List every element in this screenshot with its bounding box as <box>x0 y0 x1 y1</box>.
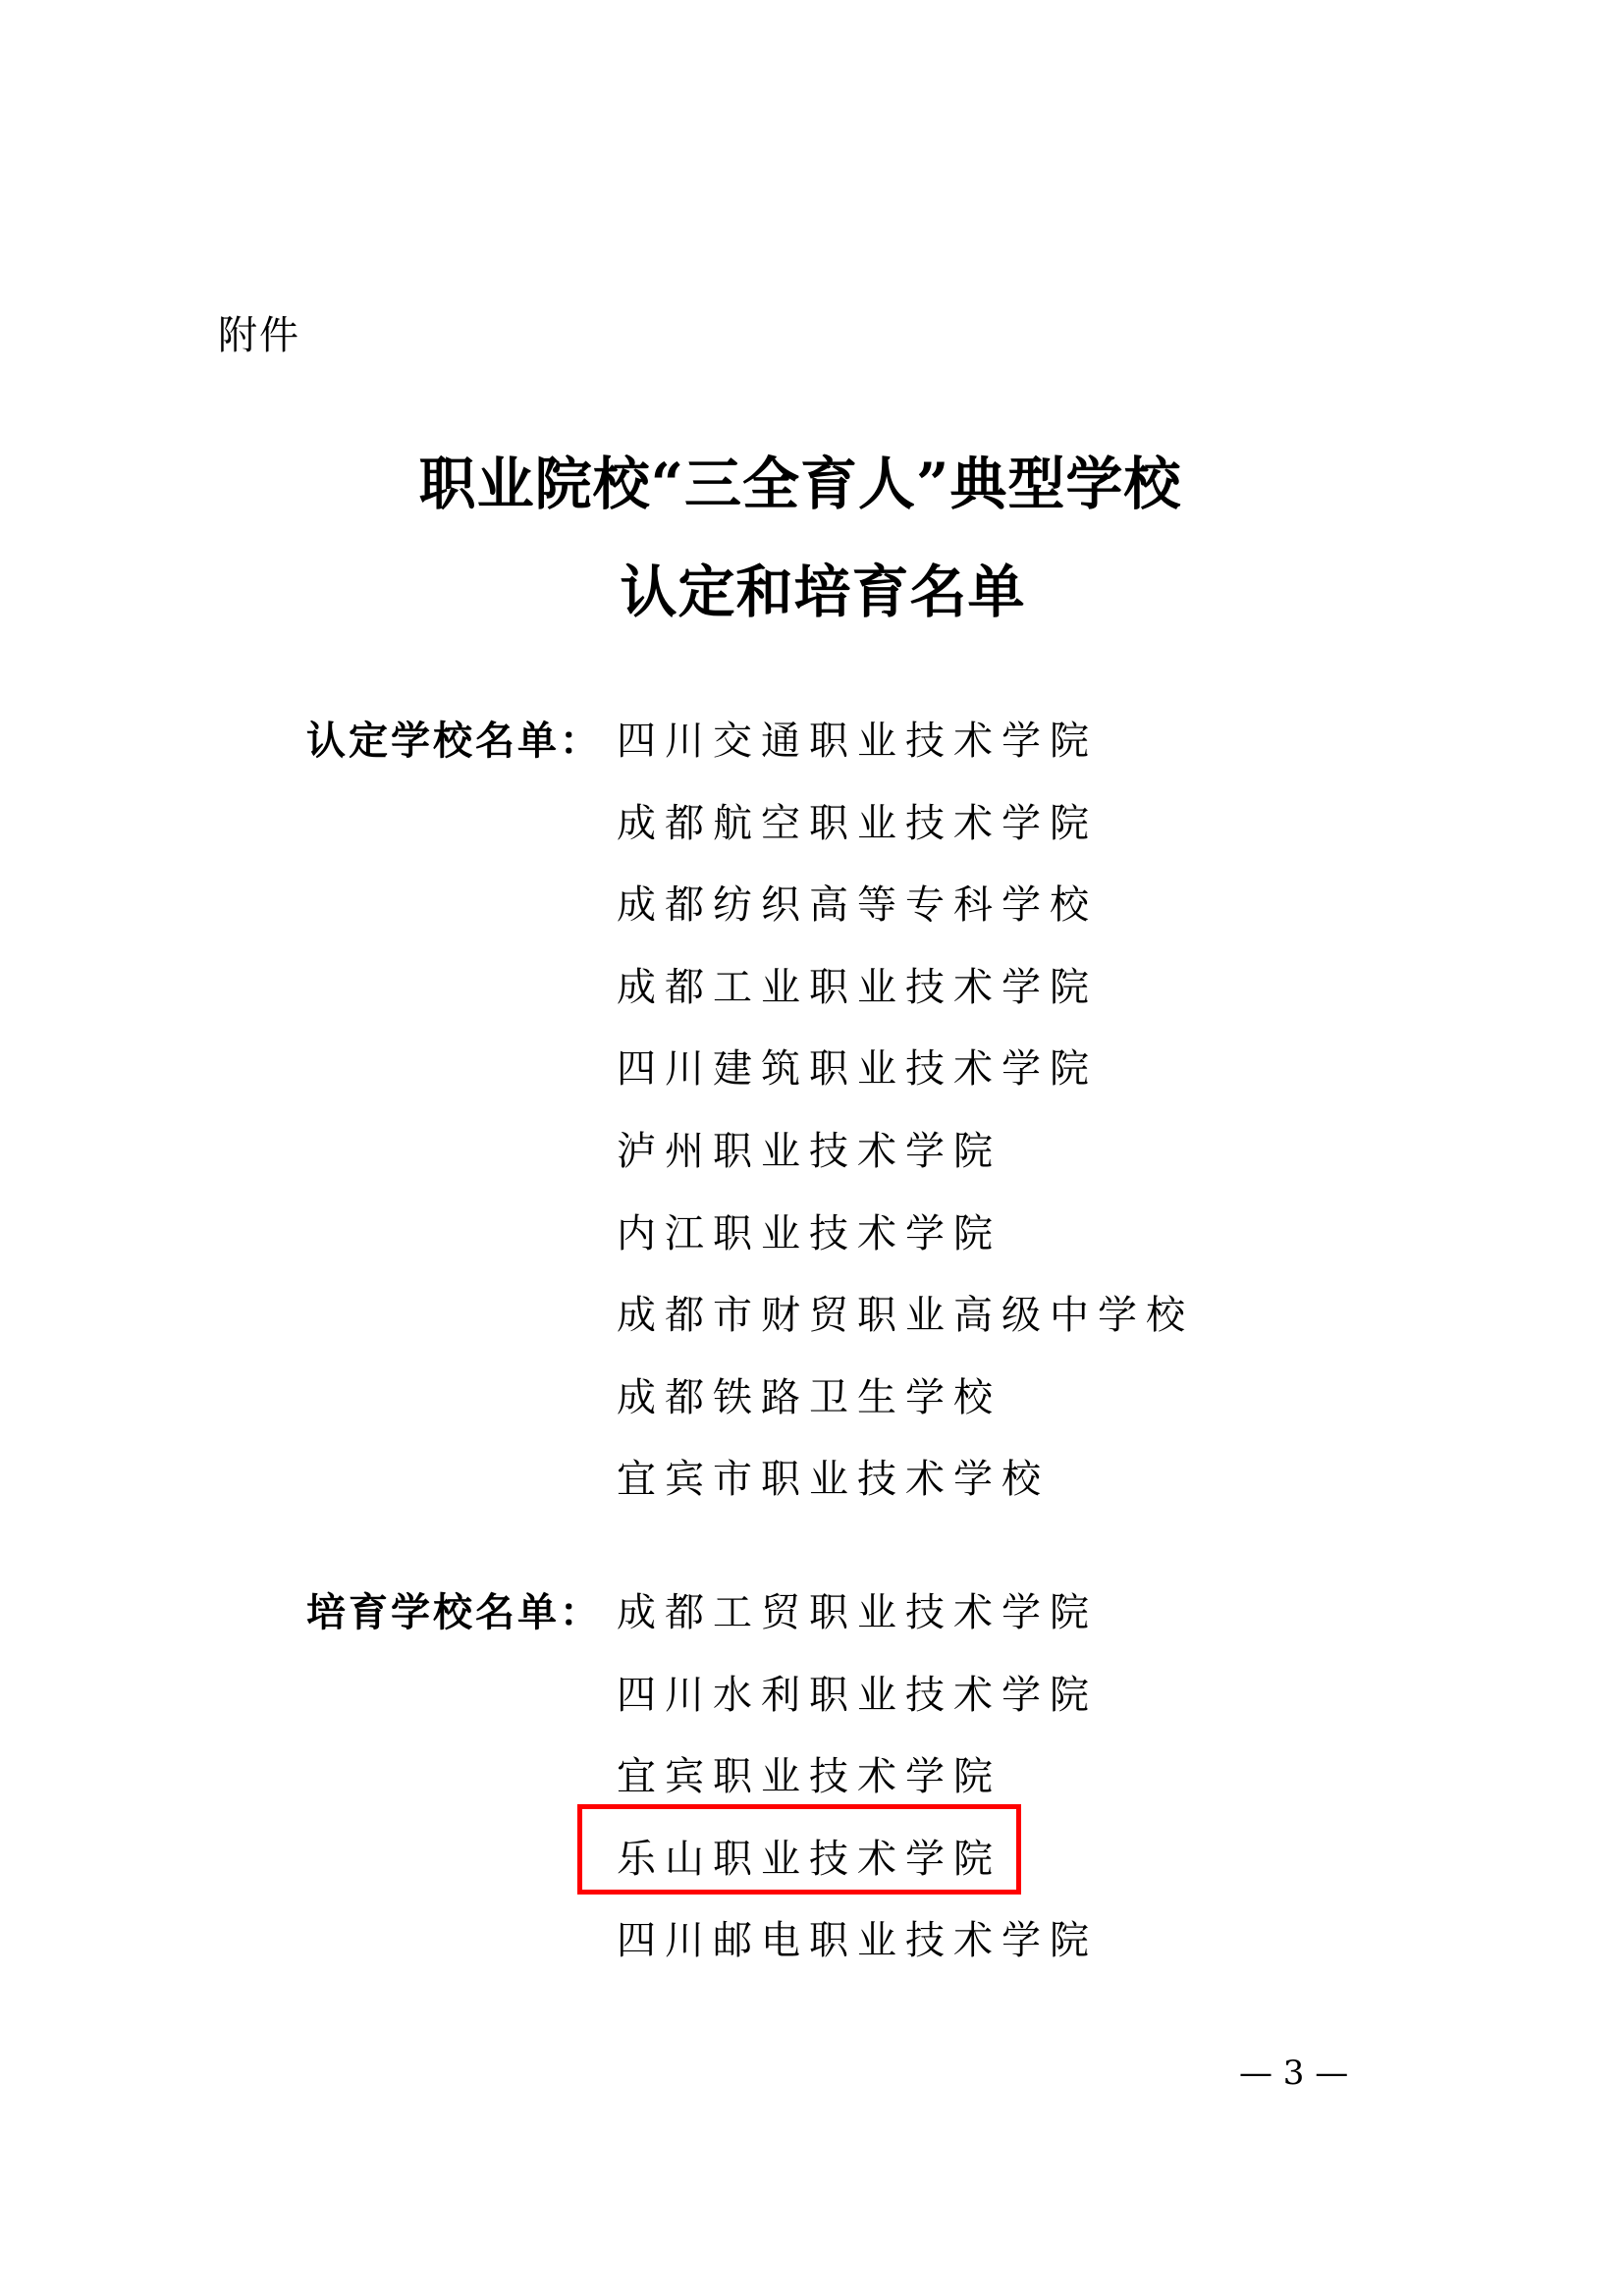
document-title-line-1: 职业院校“三全育人”典型学校 <box>0 450 1612 518</box>
school-item: 四川邮电职业技术学院 <box>617 1914 1098 1997</box>
school-item: 四川建筑职业技术学院 <box>617 1042 1194 1125</box>
recognized-schools-list: 四川交通职业技术学院 成都航空职业技术学院 成都纺织高等专科学校 成都工业职业技… <box>617 715 1194 1535</box>
recognized-schools-label: 认定学校名单： <box>306 715 602 768</box>
school-item: 宜宾职业技术学院 <box>617 1750 1098 1833</box>
school-item: 成都工贸职业技术学院 <box>617 1586 1098 1669</box>
school-item: 成都纺织高等专科学校 <box>617 879 1194 961</box>
school-item: 宜宾市职业技术学校 <box>617 1453 1194 1535</box>
school-item: 泸州职业技术学院 <box>617 1125 1194 1207</box>
school-item: 成都工业职业技术学院 <box>617 961 1194 1043</box>
school-item: 成都市财贸职业高级中学校 <box>617 1289 1194 1371</box>
attachment-label: 附件 <box>218 312 300 359</box>
school-item: 四川水利职业技术学院 <box>617 1669 1098 1751</box>
school-item: 成都航空职业技术学院 <box>617 797 1194 880</box>
school-item: 成都铁路卫生学校 <box>617 1371 1194 1454</box>
document-title-line-2: 认定和培育名单 <box>11 558 1624 626</box>
school-item: 内江职业技术学院 <box>617 1207 1194 1290</box>
cultivation-schools-list: 成都工贸职业技术学院 四川水利职业技术学院 宜宾职业技术学院 乐山职业技术学院 … <box>617 1586 1098 1997</box>
school-item: 四川交通职业技术学院 <box>617 715 1194 797</box>
cultivation-schools-label: 培育学校名单： <box>306 1586 602 1639</box>
page-number: — 3 — <box>1239 2052 1348 2095</box>
school-item-highlighted: 乐山职业技术学院 <box>617 1833 1098 1915</box>
